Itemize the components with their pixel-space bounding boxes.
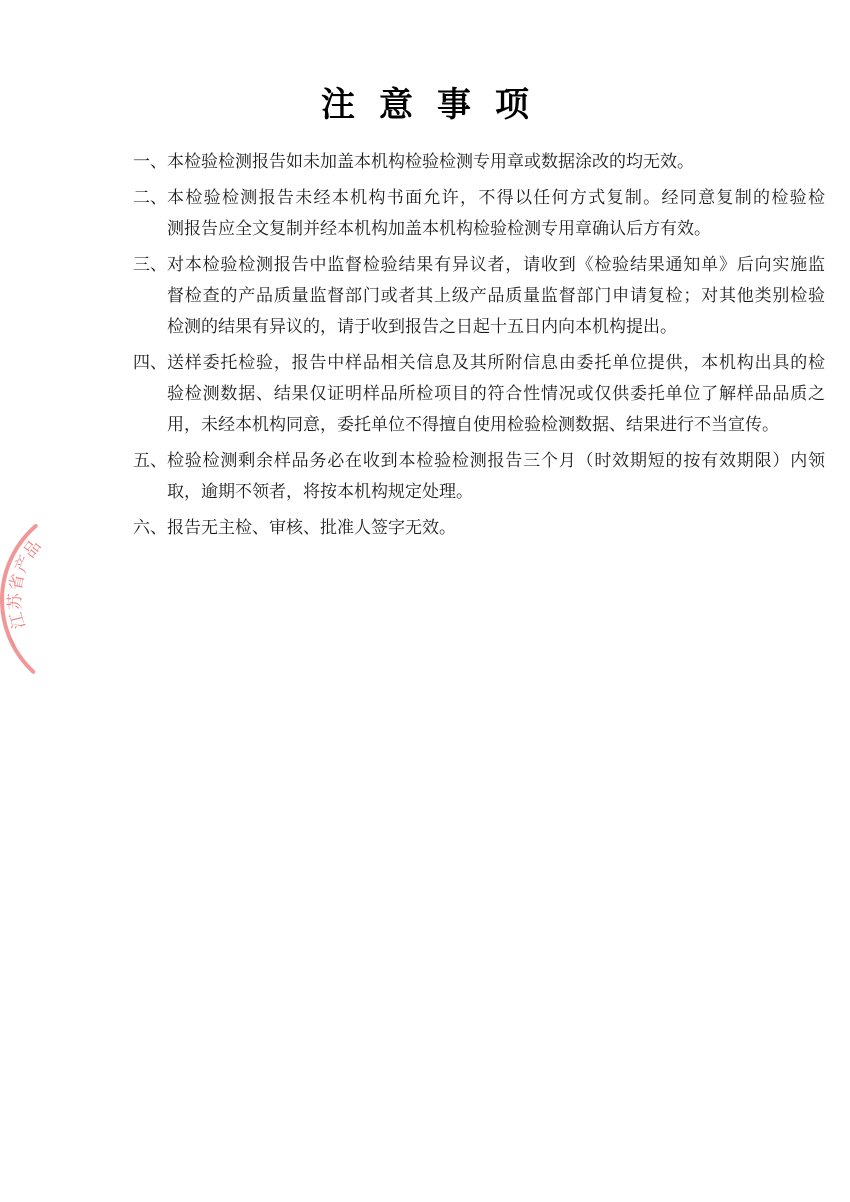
notice-item: 五、 检验检测剩余样品务必在收到本检验检测报告三个月（时效期短的按有效期限）内领…	[133, 445, 825, 507]
notice-item: 六、 报告无主检、审核、批准人签字无效。	[133, 512, 825, 543]
notice-list: 一、 本检验检测报告如未加盖本机构检验检测专用章或数据涂改的均无效。 二、 本检…	[133, 146, 825, 548]
notice-item: 二、 本检验检测报告未经本机构书面允许，不得以任何方式复制。经同意复制的检验检测…	[133, 182, 825, 244]
notice-line: 本检验检测报告未经本机构书面允许，不得以任何方式复制。经同意复制的检验检	[167, 182, 825, 213]
notice-item-number: 四、	[133, 347, 167, 378]
stamp-character: 江	[6, 610, 29, 631]
stamp-arc	[2, 526, 36, 672]
notice-line: 送样委托检验，报告中样品相关信息及其所附信息由委托单位提供，本机构出具的检	[167, 347, 825, 378]
notice-line: 检验检测剩余样品务必在收到本检验检测报告三个月（时效期短的按有效期限）内领	[167, 445, 825, 476]
notice-line: 验检测数据、结果仅证明样品所检项目的符合性情况或仅供委托单位了解样品品质之	[167, 378, 825, 409]
notice-line: 对本检验检测报告中监督检验结果有异议者，请收到《检验结果通知单》后向实施监	[167, 249, 825, 280]
stamp-character: 苏	[5, 593, 24, 610]
notice-item-lines: 本检验检测报告未经本机构书面允许，不得以任何方式复制。经同意复制的检验检测报告应…	[167, 182, 825, 244]
notice-line: 取，逾期不领者，将按本机构规定处理。	[167, 476, 825, 507]
notice-line: 用，未经本机构同意，委托单位不得擅自使用检验检测数据、结果进行不当宣传。	[167, 409, 825, 440]
notice-item-lines: 对本检验检测报告中监督检验结果有异议者，请收到《检验结果通知单》后向实施监督检查…	[167, 249, 825, 342]
notice-item-number: 二、	[133, 182, 167, 213]
stamp-arc-text: 江苏省产品	[5, 537, 44, 631]
notice-line: 本检验检测报告如未加盖本机构检验检测专用章或数据涂改的均无效。	[167, 146, 825, 177]
notice-item-number: 六、	[133, 512, 167, 543]
notice-page: 注意事项 一、 本检验检测报告如未加盖本机构检验检测专用章或数据涂改的均无效。 …	[0, 0, 850, 1202]
notice-item: 三、 对本检验检测报告中监督检验结果有异议者，请收到《检验结果通知单》后向实施监…	[133, 249, 825, 342]
notice-line: 报告无主检、审核、批准人签字无效。	[167, 512, 825, 543]
stamp-arc-fragment	[11, 638, 15, 647]
notice-item: 四、 送样委托检验，报告中样品相关信息及其所附信息由委托单位提供，本机构出具的检…	[133, 347, 825, 440]
notice-line: 督检查的产品质量监督部门或者其上级产品质量监督部门申请复检；对其他类别检验	[167, 280, 825, 311]
notice-item: 一、 本检验检测报告如未加盖本机构检验检测专用章或数据涂改的均无效。	[133, 146, 825, 177]
notice-item-lines: 送样委托检验，报告中样品相关信息及其所附信息由委托单位提供，本机构出具的检验检测…	[167, 347, 825, 440]
stamp-character: 产	[11, 553, 35, 576]
notice-item-number: 三、	[133, 249, 167, 280]
notice-item-lines: 检验检测剩余样品务必在收到本检验检测报告三个月（时效期短的按有效期限）内领取，逾…	[167, 445, 825, 507]
stamp-character: 品	[20, 537, 45, 562]
notice-line: 检测的结果有异议的，请于收到报告之日起十五日内向本机构提出。	[167, 311, 825, 342]
notice-item-lines: 报告无主检、审核、批准人签字无效。	[167, 512, 825, 543]
notice-item-lines: 本检验检测报告如未加盖本机构检验检测专用章或数据涂改的均无效。	[167, 146, 825, 177]
page-title: 注意事项	[0, 84, 850, 126]
notice-item-number: 五、	[133, 445, 167, 476]
stamp-character: 省	[6, 572, 28, 593]
notice-line: 测报告应全文复制并经本机构加盖本机构检验检测专用章确认后方有效。	[167, 213, 825, 244]
notice-item-number: 一、	[133, 146, 167, 177]
official-stamp: 江苏省产品	[0, 500, 140, 700]
